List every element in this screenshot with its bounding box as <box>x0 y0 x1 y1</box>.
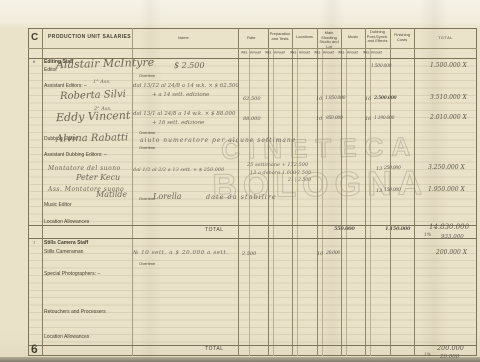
section7-number: 7 <box>33 241 35 245</box>
hw-asst2-name: Eddy Vincent <box>56 110 131 125</box>
hw-sound-dub-wks: 13 <box>376 167 382 173</box>
column-header-rate: Rate <box>247 36 255 40</box>
hw-pct-value-s6: 933.000 <box>441 234 464 240</box>
label-overtime-dubbing: Overtime <box>139 146 155 150</box>
hw-dubbing-editor-note: aiuto numeratore per alcune settimane <box>140 138 296 145</box>
hw-sound-note4: 21 | 2.500 <box>288 179 311 184</box>
hw-asst-sound-dub-amount: 150.000 <box>384 189 401 194</box>
column-header-name: Name <box>178 36 189 40</box>
section6-number: 6 <box>33 60 35 64</box>
hw-cameraman-note: № 10 sett. a $ 20.000 a sett. <box>133 250 229 256</box>
column-header-main-shooting: Main Shooting Studio and Lot <box>317 31 341 49</box>
label-assistant-editors: Assistant Editors: – <box>44 84 87 90</box>
hw-sound-dub-amount: 250.000 <box>384 167 401 172</box>
hw-asst2-main-amount: 850.000 <box>326 117 343 122</box>
hw-asst2-note1: dal 13/1 al 24/8 a 14 w.k. × $ 88.000 <box>133 111 236 117</box>
budget-form-sheet: CINETECA BOLOGNA C PRODUCTION UNIT SALAR… <box>0 0 480 362</box>
hw-sound-note3: 13 a denaro 1.600⁄2.500 <box>250 171 311 177</box>
hw-asst1-main-wks: 10 <box>316 97 322 103</box>
subheader-wks-3: Wks. <box>290 51 297 55</box>
column-header-preparation: Preparation and Tests <box>268 32 292 41</box>
label-stills-camera-staff: Stills Camera Staff <box>44 241 88 247</box>
hw-asst1-dub-wks: 16 <box>365 97 371 103</box>
hw-cameraman-main-wks: 10 <box>317 252 323 258</box>
column-header-music: Music <box>341 35 365 40</box>
hw-asst2-note2: + 16 sett. edizione <box>152 120 204 126</box>
hw-asst2-total: 2.010.000 X <box>430 115 467 122</box>
hw-asst-sound-name1: Matilde <box>96 191 127 200</box>
hw-sound-total: 3.250.000 X <box>428 165 465 172</box>
label-overtime-asst2: Overtime <box>139 131 155 135</box>
column-header-finishing: Finishing Costs <box>390 33 414 42</box>
hw-editor-dub-amount: 1.500.000 <box>371 65 391 70</box>
hw-editor-total: 1.500.000 X <box>430 63 467 70</box>
hw-asst2-main-wks: 10 <box>316 117 322 123</box>
label-overtime-editor: Overtime <box>139 74 155 78</box>
hw-total-finishing-amount: 1.150.000 <box>385 227 410 233</box>
hw-asst1-note2: + a 14 sett. edizione <box>152 92 209 98</box>
label-special-photographers: Special Photographers: – <box>44 272 100 278</box>
label-retouchers: Retouchers and Processers <box>44 310 106 316</box>
hw-sound-editor-name: Peter Kecu <box>76 174 120 183</box>
hw-asst1-total: 3.510.000 X <box>430 95 467 102</box>
label-location-allowances-s6: Location Allowances <box>44 220 89 226</box>
form-title: PRODUCTION UNIT SALARIES <box>48 35 131 41</box>
label-total-s7: TOTAL <box>205 347 224 353</box>
hw-grand-total-s7: 200.000 <box>437 345 464 352</box>
label-music-editor: Music Editor <box>44 203 72 209</box>
hw-asst-sound-note: date da stabilire <box>206 194 277 201</box>
hw-cameraman-total: 200.000 X <box>436 250 467 257</box>
page-number: 6 <box>31 343 38 356</box>
subheader-amount-4: Amount <box>323 51 334 55</box>
label-stills-cameraman: Stills Cameraman <box>44 250 83 256</box>
subheader-amount-3: Amount <box>299 51 310 55</box>
scan-bottom-edge <box>0 357 480 362</box>
hw-asst2-dub-wks: 16 <box>365 117 371 123</box>
subheader-wks-5: Wks. <box>338 51 345 55</box>
hw-dubbing-editor-name: Alvina Rabatti <box>56 132 128 144</box>
subheader-amount-1: Amount <box>250 51 261 55</box>
label-overtime-stills: Overtime <box>139 262 155 266</box>
label-location-allowances-s7: Location Allowances <box>44 335 89 341</box>
hw-sound-editor-role: Montatore del suono <box>48 166 121 173</box>
hw-asst-sound-dub-wks: 13 <box>376 189 382 195</box>
hw-asst1-ord: 1° Ass. <box>93 80 111 86</box>
column-header-locations: Locations <box>292 35 317 40</box>
hw-asst-sound-name2: Lorella <box>153 193 182 202</box>
hw-editor-name: Alastair McIntyre <box>56 57 154 72</box>
subheader-wks-4: Wks. <box>314 51 321 55</box>
subheader-amount-5: Amount <box>347 51 358 55</box>
hw-asst2-dub-amount: 1.190.000 <box>374 117 394 122</box>
hw-total-music-amount: 550.000 <box>334 227 355 233</box>
hw-asst2-rate: 88.000 <box>243 117 261 123</box>
hw-asst-sound-total: 1.950.000 X <box>428 187 465 194</box>
hw-cameraman-rate: 2.500 <box>242 252 256 258</box>
section-letter: C <box>31 32 38 43</box>
hw-cameraman-main-amount: 20.000 <box>326 252 340 257</box>
subheader-wks-2: Wks. <box>265 51 272 55</box>
hw-pct-label-s7: 1% <box>424 354 431 359</box>
hw-asst1-dub-amount: 2.500.000 <box>374 97 396 102</box>
subheader-amount-2: Amount <box>274 51 285 55</box>
column-header-total: TOTAL <box>438 36 453 40</box>
label-editor: Editor <box>44 68 57 74</box>
hw-sound-note1: dal 1/2 al 2/2 a 13 sett. × $ 250.000 <box>133 168 224 174</box>
subheader-amount-6: Amount <box>371 51 382 55</box>
hw-asst1-note1: dal 13/12 al 24/8 a 14 w.k. × $ 62.500 <box>133 83 239 89</box>
label-assistant-dubbing-editors: Assistant Dubbing Editors: – <box>44 153 107 159</box>
hw-asst1-main-amount: 1.050.000 <box>325 97 345 102</box>
hw-pct-value-s7: 20.000 <box>440 354 459 360</box>
hw-asst1-name: Roberta Silvi <box>60 89 126 102</box>
hw-grand-total-s6: 14.830.000 <box>429 224 469 232</box>
subheader-wks-6: Wks. <box>363 51 370 55</box>
hw-asst1-rate: 62.500 <box>243 97 261 103</box>
label-total-s6: TOTAL <box>205 228 224 234</box>
hw-editor-rate: $ 2.500 <box>174 62 205 71</box>
hw-pct-label-s6: 1% <box>424 234 431 239</box>
hw-sound-note2: 25 settimane + 172.500 <box>247 163 308 169</box>
column-header-dubbing: Dubbing Post-Synch. and Effects <box>365 30 390 44</box>
subheader-wks-1: Wks. <box>241 51 248 55</box>
